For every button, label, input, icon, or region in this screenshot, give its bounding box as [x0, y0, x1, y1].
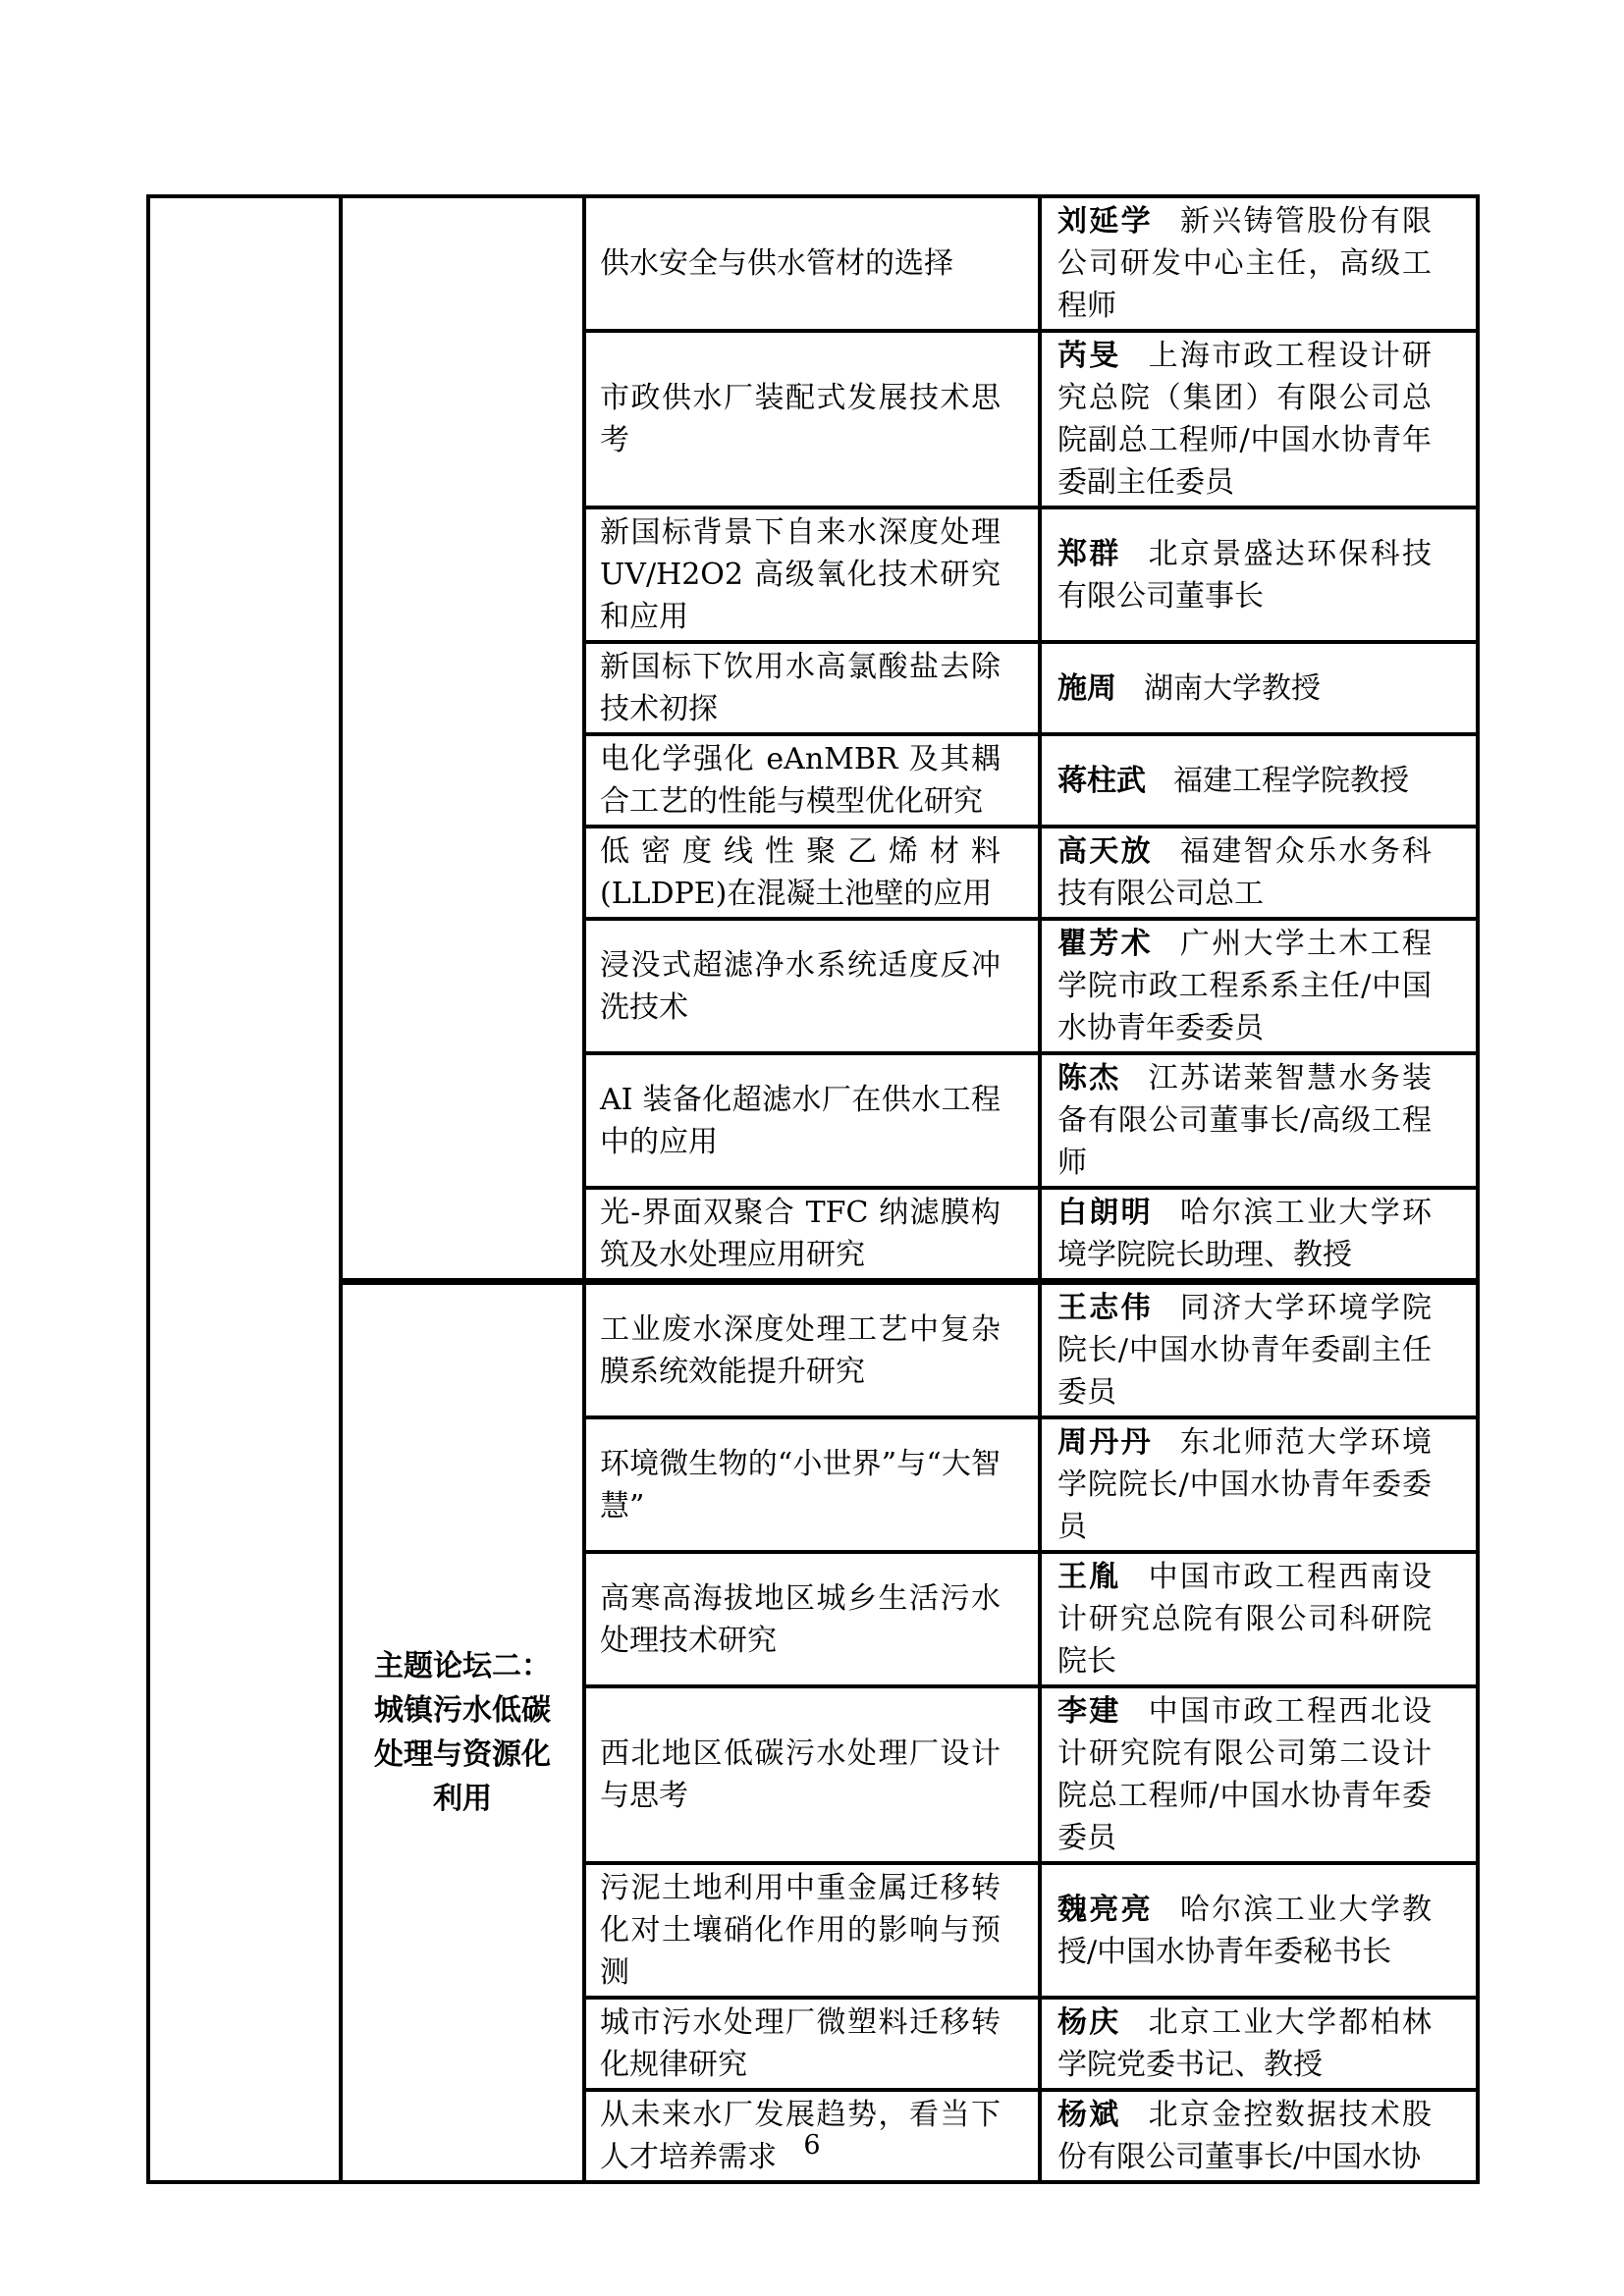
speaker-cell: 王胤中国市政工程西南设计研究总院有限公司科研院院长 [1040, 1552, 1478, 1686]
topic-cell: 新国标背景下自来水深度处理 UV/H2O2 高级氧化技术研究和应用 [584, 507, 1040, 642]
speaker-cell: 郑群北京景盛达环保科技有限公司董事长 [1040, 507, 1478, 642]
speaker-cell: 白朗明哈尔滨工业大学环境学院院长助理、教授 [1040, 1188, 1478, 1282]
speaker-name: 杨庆 [1057, 2005, 1121, 2040]
speaker-name: 高天放 [1057, 834, 1153, 869]
forum2-label-line: 主题论坛二： [343, 1644, 582, 1688]
speaker-cell: 魏亮亮哈尔滨工业大学教授/中国水协青年委秘书长 [1040, 1863, 1478, 1998]
speaker-name: 周丹丹 [1057, 1425, 1153, 1460]
speaker-cell: 芮旻上海市政工程设计研究总院（集团）有限公司总院副总工程师/中国水协青年委副主任… [1040, 331, 1478, 507]
speaker-name: 芮旻 [1057, 339, 1121, 373]
speaker-name: 李建 [1057, 1694, 1121, 1729]
speaker-cell: 王志伟同济大学环境学院院长/中国水协青年委副主任委员 [1040, 1282, 1478, 1418]
topic-cell: 浸没式超滤净水系统适度反冲洗技术 [584, 919, 1040, 1053]
speaker-name: 王志伟 [1057, 1291, 1153, 1325]
topic-cell: 城市污水处理厂微塑料迁移转化规律研究 [584, 1998, 1040, 2090]
topic-cell: 工业废水深度处理工艺中复杂膜系统效能提升研究 [584, 1282, 1040, 1418]
forum2-label-line: 城镇污水低碳 [343, 1688, 582, 1733]
forum1-label-cell [341, 196, 584, 1282]
topic-cell: 低密度线性聚乙烯材料(LLDPE)在混凝土池壁的应用 [584, 827, 1040, 919]
speaker-name: 蒋柱武 [1057, 764, 1146, 798]
topic-cell: 高寒高海拔地区城乡生活污水处理技术研究 [584, 1552, 1040, 1686]
speaker-cell: 李建中国市政工程西北设计研究院有限公司第二设计院总工程师/中国水协青年委委员 [1040, 1686, 1478, 1863]
speaker-name: 瞿芳术 [1057, 927, 1153, 961]
speaker-cell: 蒋柱武福建工程学院教授 [1040, 734, 1478, 827]
topic-cell: AI 装备化超滤水厂在供水工程中的应用 [584, 1053, 1040, 1188]
speaker-cell: 高天放福建智众乐水务科技有限公司总工 [1040, 827, 1478, 919]
speaker-cell: 周丹丹东北师范大学环境学院院长/中国水协青年委委员 [1040, 1417, 1478, 1552]
topic-cell: 光-界面双聚合 TFC 纳滤膜构筑及水处理应用研究 [584, 1188, 1040, 1282]
speaker-cell: 瞿芳术广州大学土木工程学院市政工程系系主任/中国水协青年委委员 [1040, 919, 1478, 1053]
speaker-name: 施周 [1057, 671, 1116, 706]
agenda-table: 供水安全与供水管材的选择 刘延学新兴铸管股份有限公司研发中心主任，高级工程师 市… [146, 194, 1480, 2184]
speaker-cell: 施周湖南大学教授 [1040, 642, 1478, 734]
topic-cell: 供水安全与供水管材的选择 [584, 196, 1040, 331]
topic-cell: 环境微生物的“小世界”与“大智慧” [584, 1417, 1040, 1552]
forum2-label-cell: 主题论坛二： 城镇污水低碳 处理与资源化 利用 [341, 1282, 584, 2183]
speaker-name: 杨斌 [1057, 2098, 1121, 2132]
speaker-name: 王胤 [1057, 1560, 1121, 1594]
speaker-name: 陈杰 [1057, 1061, 1121, 1095]
forum2-label-line: 处理与资源化 [343, 1733, 582, 1777]
topic-cell: 市政供水厂装配式发展技术思考 [584, 331, 1040, 507]
topic-cell: 污泥土地利用中重金属迁移转化对土壤硝化作用的影响与预测 [584, 1863, 1040, 1998]
topic-cell: 新国标下饮用水高氯酸盐去除技术初探 [584, 642, 1040, 734]
forum2-label-line: 利用 [343, 1777, 582, 1821]
speaker-cell: 杨庆北京工业大学都柏林学院党委书记、教授 [1040, 1998, 1478, 2090]
speaker-affiliation: 湖南大学教授 [1144, 671, 1321, 706]
table-row: 主题论坛二： 城镇污水低碳 处理与资源化 利用 工业废水深度处理工艺中复杂膜系统… [148, 1282, 1478, 1418]
speaker-name: 魏亮亮 [1057, 1893, 1153, 1927]
document-page: 供水安全与供水管材的选择 刘延学新兴铸管股份有限公司研发中心主任，高级工程师 市… [0, 0, 1624, 2296]
topic-cell: 电化学强化 eAnMBR 及其耦合工艺的性能与模型优化研究 [584, 734, 1040, 827]
speaker-name: 白朗明 [1057, 1196, 1153, 1230]
speaker-affiliation: 福建工程学院教授 [1173, 764, 1409, 798]
speaker-name: 郑群 [1057, 537, 1121, 571]
table-row: 供水安全与供水管材的选择 刘延学新兴铸管股份有限公司研发中心主任，高级工程师 [148, 196, 1478, 331]
speaker-cell: 刘延学新兴铸管股份有限公司研发中心主任，高级工程师 [1040, 196, 1478, 331]
speaker-name: 刘延学 [1057, 204, 1153, 239]
topic-cell: 西北地区低碳污水处理厂设计与思考 [584, 1686, 1040, 1863]
session-column-cell [148, 196, 341, 2182]
page-number: 6 [0, 2130, 1624, 2161]
speaker-cell: 陈杰江苏诺莱智慧水务装备有限公司董事长/高级工程师 [1040, 1053, 1478, 1188]
